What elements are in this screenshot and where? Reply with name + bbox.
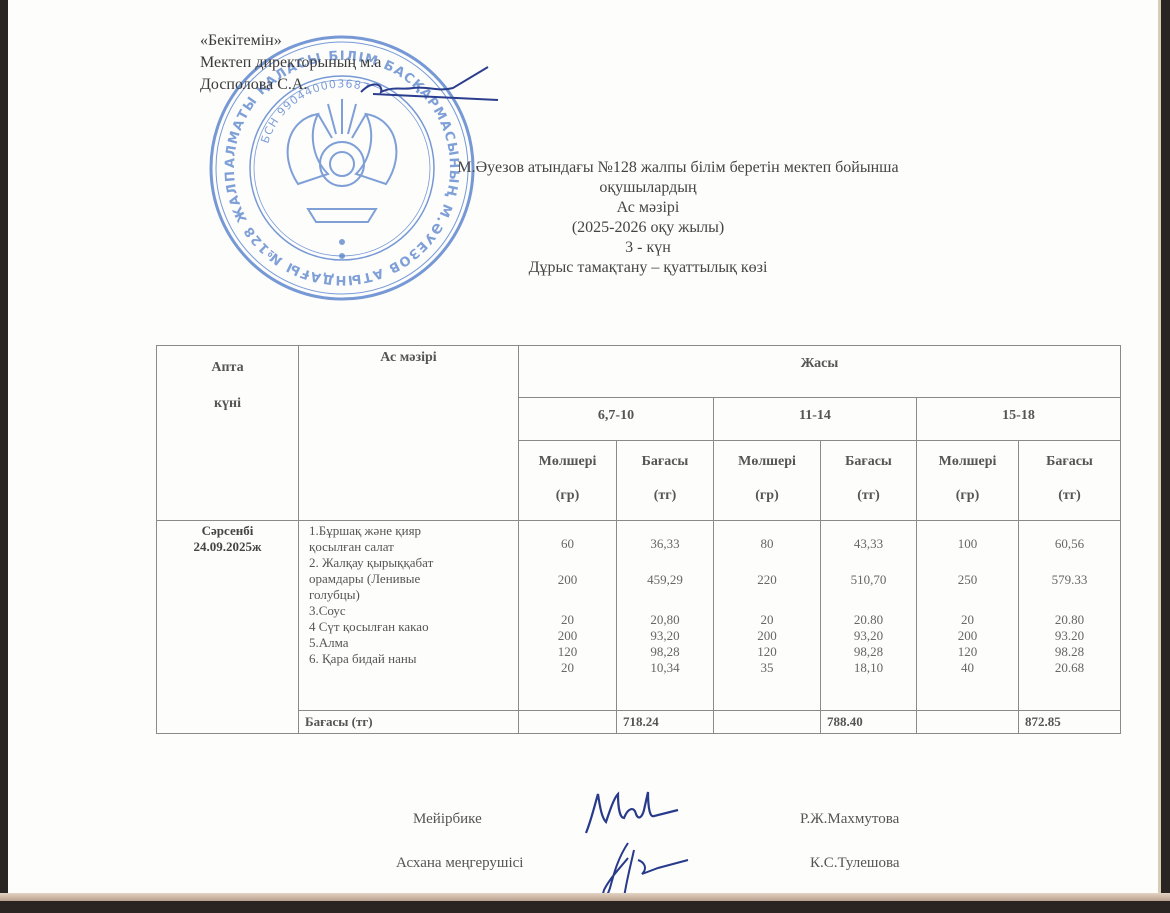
header-price: Бағасы(тг) [617,441,714,521]
amount-value: 120 [519,644,616,660]
amount-value: 120 [714,644,820,660]
document-page: АЛМАТЫ ҚАЛАСЫ БІЛІМ БАСҚАРМАСЫНЫҢ М.ӘУЕЗ… [8,0,1158,893]
header-price-label: Бағасы [1019,445,1120,479]
director-signature [353,62,503,107]
title-school: М.Әуезов атындағы №128 жалпы білім берет… [348,158,948,178]
day-date: 24.09.2025ж [157,539,298,555]
dishes-list: 1.Бұршақ және қиярқосылған салат2. Жалқа… [299,521,519,711]
dish-item: 6. Қара бидай наны [309,651,518,667]
spacer [519,588,616,612]
empty-cell [917,711,1019,734]
price-value: 93,20 [821,628,916,644]
price-value: 98.28 [1019,644,1120,660]
header-amount-label: Мөлшері [714,445,820,479]
price-value: 93,20 [617,628,713,644]
price-value: 43,33 [821,536,916,552]
header-age-group: 15-18 [917,398,1121,441]
empty-cell [519,711,617,734]
header-week-day-line1: Апта [157,350,298,386]
amount-value: 120 [917,644,1018,660]
amount-value: 200 [917,628,1018,644]
spacer [714,588,820,612]
price-column-6-10: 36,33459,2920,8093,2098,2810,34 [617,521,714,711]
header-price-label: Бағасы [617,445,713,479]
amount-value: 200 [714,628,820,644]
header-price-unit: (тг) [617,479,713,513]
header-price-unit: (тг) [821,479,916,513]
total-11-14: 788.40 [821,711,917,734]
header-amount-label: Мөлшері [917,445,1018,479]
price-value: 93.20 [1019,628,1120,644]
price-value: 20.68 [1019,660,1120,676]
dish-item: 2. Жалқау қырыққабат [309,555,518,571]
amount-value: 20 [714,612,820,628]
nurse-role: Мейірбике [413,811,482,828]
price-value: 20.80 [821,612,916,628]
price-value: 510,70 [821,572,916,588]
header-price-label: Бағасы [821,445,916,479]
price-value: 98,28 [617,644,713,660]
amount-value: 40 [917,660,1018,676]
amount-value: 200 [519,572,616,588]
header-amount-label: Мөлшері [519,445,616,479]
price-column-15-18: 60,56579.3320.8093.2098.2820.68 [1019,521,1121,711]
amount-column-11-14: 802202020012035 [714,521,821,711]
price-value: 579.33 [1019,572,1120,588]
spacer [821,588,916,612]
title-day: 3 - күн [348,238,948,258]
header-age: Жасы [519,346,1121,398]
total-15-18: 872.85 [1019,711,1121,734]
header-amount: Мөлшері(гр) [714,441,821,521]
spacer [1019,552,1120,572]
total-row: Бағасы (тг) 718.24 788.40 872.85 [157,711,1121,734]
dish-item: қосылған салат [309,539,518,555]
spacer [917,552,1018,572]
amount-column-6-10: 602002020012020 [519,521,617,711]
price-value: 10,34 [617,660,713,676]
amount-value: 20 [519,660,616,676]
dish-item: 3.Соус [309,603,518,619]
nurse-name: Р.Ж.Махмутова [800,811,899,828]
dish-item: орамдары (Ленивые [309,571,518,587]
price-value: 20.80 [1019,612,1120,628]
header-week-day: Апта күні [157,346,299,521]
spacer [821,552,916,572]
empty-cell [714,711,821,734]
price-value: 20,80 [617,612,713,628]
title-menu: Ас мәзірі [348,198,948,218]
total-6-10: 718.24 [617,711,714,734]
title-year: (2025-2026 оқу жылы) [348,218,948,238]
page-edge [0,893,1170,901]
total-label: Бағасы (тг) [299,711,519,734]
title-students: оқушылардың [348,178,948,198]
nurse-signature [578,788,688,838]
menu-table: Апта күні Ас мәзірі Жасы 6,7-10 11-14 15… [156,345,1121,734]
approval-label: «Бекітемін» [200,30,381,52]
price-value: 98,28 [821,644,916,660]
spacer [617,588,713,612]
spacer [617,552,713,572]
price-value: 18,10 [821,660,916,676]
header-amount-unit: (гр) [714,479,820,513]
page-edge [1158,0,1161,900]
dish-item: 5.Алма [309,635,518,651]
dish-item: голубцы) [309,587,518,603]
day-cell: Сәрсенбі 24.09.2025ж [157,521,299,734]
table-row: Сәрсенбі 24.09.2025ж 1.Бұршақ және қиярқ… [157,521,1121,711]
header-amount: Мөлшері(гр) [917,441,1019,521]
header-week-day-line2: күні [157,386,298,422]
dish-item: 1.Бұршақ және қияр [309,523,518,539]
kitchen-manager-signature [588,838,698,893]
price-value: 36,33 [617,536,713,552]
amount-value: 35 [714,660,820,676]
amount-value: 20 [917,612,1018,628]
kitchen-manager-role: Асхана меңгерушісі [396,855,523,872]
header-price: Бағасы(тг) [821,441,917,521]
amount-value: 100 [917,536,1018,552]
header-price-unit: (тг) [1019,479,1120,513]
kitchen-manager-name: К.С.Тулешова [810,855,900,872]
spacer [917,588,1018,612]
dish-item: 4 Сүт қосылған какао [309,619,518,635]
spacer [714,552,820,572]
title-slogan: Дұрыс тамақтану – қуаттылық көзі [348,258,948,278]
day-name: Сәрсенбі [157,523,298,539]
document-title: М.Әуезов атындағы №128 жалпы білім берет… [348,158,948,278]
spacer [1019,588,1120,612]
amount-value: 80 [714,536,820,552]
amount-value: 250 [917,572,1018,588]
header-amount: Мөлшері(гр) [519,441,617,521]
price-value: 459,29 [617,572,713,588]
amount-value: 220 [714,572,820,588]
price-value: 60,56 [1019,536,1120,552]
header-amount-unit: (гр) [519,479,616,513]
price-column-11-14: 43,33510,7020.8093,2098,2818,10 [821,521,917,711]
amount-value: 60 [519,536,616,552]
amount-column-15-18: 1002502020012040 [917,521,1019,711]
spacer [519,552,616,572]
header-age-group: 11-14 [714,398,917,441]
amount-value: 20 [519,612,616,628]
header-menu: Ас мәзірі [299,346,519,521]
amount-value: 200 [519,628,616,644]
header-age-group: 6,7-10 [519,398,714,441]
header-price: Бағасы(тг) [1019,441,1121,521]
header-amount-unit: (гр) [917,479,1018,513]
